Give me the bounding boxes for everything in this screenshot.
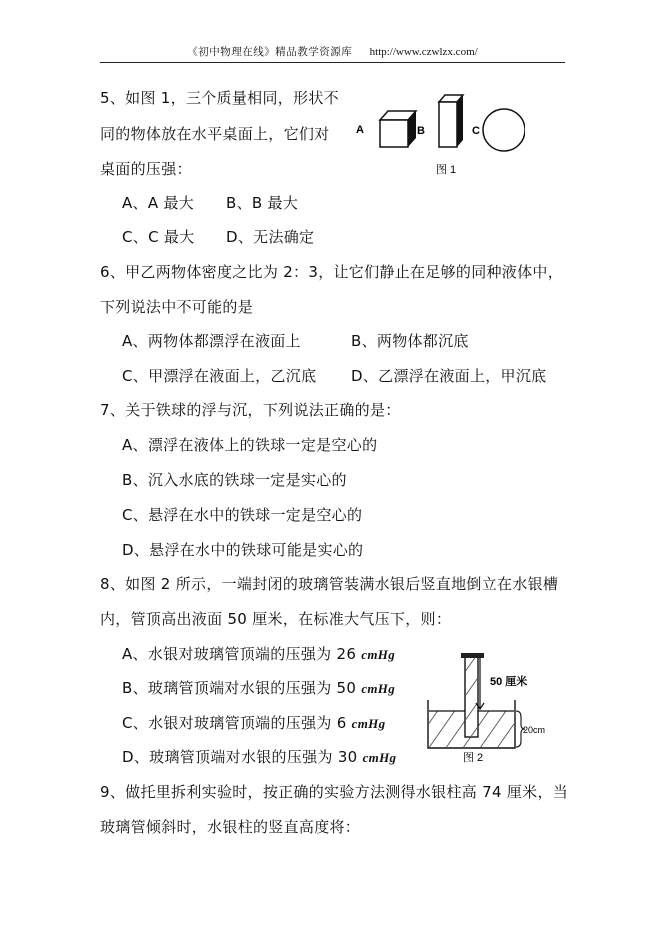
q8-option-b-text: B、玻璃管顶端对水银的压强为 50 (122, 679, 356, 697)
q8-option-c-text: C、水银对玻璃管顶端的压强为 6 (122, 714, 347, 732)
page-header: 《初中物理在线》精品教学资源库 http://www.czwlzx.com/ (100, 44, 565, 63)
q7-option-a: A、漂浮在液体上的铁球一定是空心的 (122, 435, 377, 455)
q8-option-a: A、水银对玻璃管顶端的压强为 26 cmHg (122, 644, 395, 665)
q8-option-d-text: D、玻璃管顶端对水银的压强为 30 (122, 748, 358, 766)
q9-line-2: 玻璃管倾斜时，水银柱的竖直高度将： (100, 817, 360, 837)
q5-option-a: A、A 最大 (122, 193, 194, 213)
header-title: 《初中物理在线》精品教学资源库 (187, 46, 352, 58)
q6-option-c: C、甲漂浮在液面上，乙沉底 (122, 366, 316, 386)
q6-option-b: B、两物体都沉底 (351, 331, 469, 351)
q6-line-2: 下列说法中不可能的是 (100, 297, 253, 317)
q5-option-c: C、C 最大 (122, 227, 195, 247)
q8-option-d: D、玻璃管顶端对水银的压强为 30 cmHg (122, 747, 396, 768)
q8-option-a-unit: cmHg (361, 647, 395, 662)
figure-1-label-a: A (356, 124, 364, 136)
q8-option-d-unit: cmHg (363, 750, 397, 765)
q5-line-1: 5、如图 1，三个质量相同，形状不 (100, 88, 339, 108)
figure-2-height-label: 50 厘米 (490, 674, 527, 688)
q8-option-a-text: A、水银对玻璃管顶端的压强为 26 (122, 645, 356, 663)
q5-line-3: 桌面的压强： (100, 159, 192, 179)
figure-1: A B C 图 1 (350, 85, 525, 180)
q8-option-b: B、玻璃管顶端对水银的压强为 50 cmHg (122, 678, 395, 699)
q8-option-c: C、水银对玻璃管顶端的压强为 6 cmHg (122, 713, 385, 734)
figure-1-label-b: B (417, 125, 425, 137)
q9-line-1: 9、做托里拆利实验时，按正确的实验方法测得水银柱高 74 厘米，当 (100, 782, 568, 802)
figure-2: 50 厘米 20cm 图 2 (415, 645, 560, 770)
figure-1-caption: 图 1 (436, 163, 456, 176)
figure-1-label-c: C (472, 125, 480, 137)
q7-option-c: C、悬浮在水中的铁球一定是空心的 (122, 505, 362, 525)
q5-option-b: B、B 最大 (226, 193, 298, 213)
q8-option-c-unit: cmHg (352, 716, 386, 731)
figure-2-depth-label: 20cm (523, 725, 545, 735)
q7-line-1: 7、关于铁球的浮与沉，下列说法正确的是： (100, 400, 401, 420)
q7-option-b: B、沉入水底的铁球一定是实心的 (122, 470, 347, 490)
q7-option-d: D、悬浮在水中的铁球可能是实心的 (122, 540, 363, 560)
q6-option-a: A、两物体都漂浮在液面上 (122, 331, 301, 351)
q5-line-2: 同的物体放在水平桌面上，它们对 (100, 124, 330, 144)
q8-line-2: 内，管顶高出液面 50 厘米，在标准大气压下，则： (100, 609, 451, 629)
figure-2-caption: 图 2 (463, 751, 483, 764)
q8-option-b-unit: cmHg (361, 681, 395, 696)
q6-line-1: 6、甲乙两物体密度之比为 2：3，让它们静止在足够的同种液体中， (100, 262, 563, 282)
q8-line-1: 8、如图 2 所示，一端封闭的玻璃管装满水银后竖直地倒立在水银槽 (100, 574, 558, 594)
header-url: http://www.czwlzx.com/ (370, 46, 478, 58)
q6-option-d: D、乙漂浮在液面上，甲沉底 (351, 366, 546, 386)
q5-option-d: D、无法确定 (226, 227, 314, 247)
